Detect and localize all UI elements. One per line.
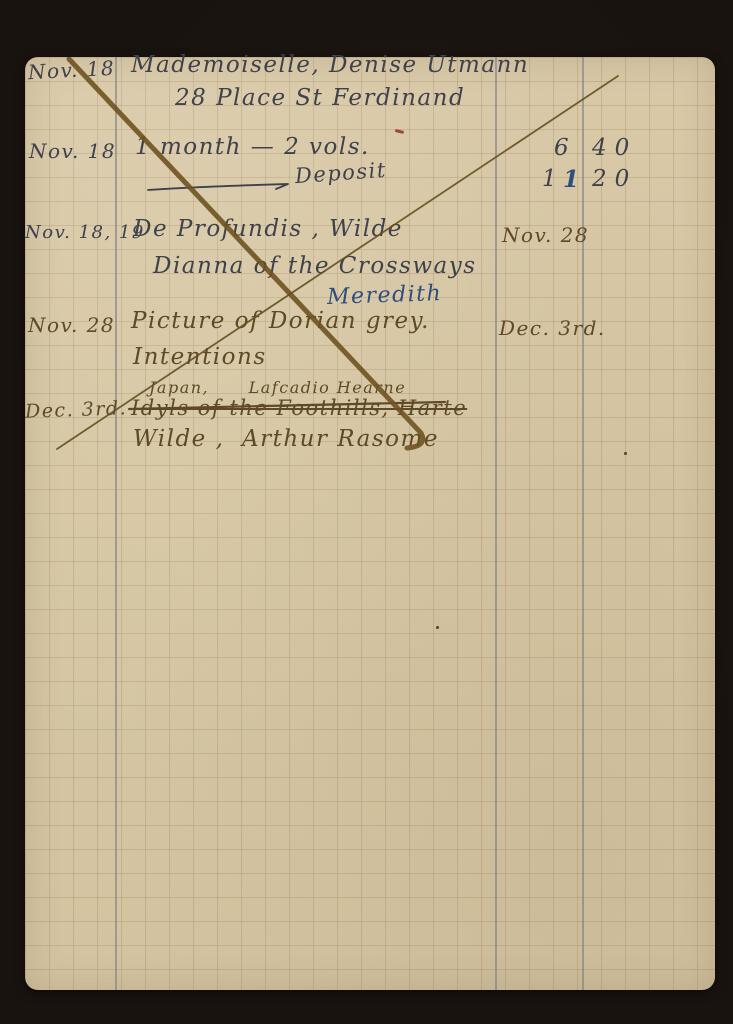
photo-background: Nov. 18 Mademoiselle, Denise Utmann 28 P… bbox=[0, 0, 733, 1024]
deposit-underline-arrow bbox=[148, 184, 288, 190]
ink-marks-layer bbox=[25, 57, 715, 990]
ink-speck bbox=[436, 626, 439, 629]
ink-speck bbox=[624, 452, 627, 455]
lending-card: Nov. 18 Mademoiselle, Denise Utmann 28 P… bbox=[25, 57, 715, 990]
cancellation-line-thin bbox=[57, 76, 618, 449]
cancellation-line-thick bbox=[69, 59, 423, 448]
